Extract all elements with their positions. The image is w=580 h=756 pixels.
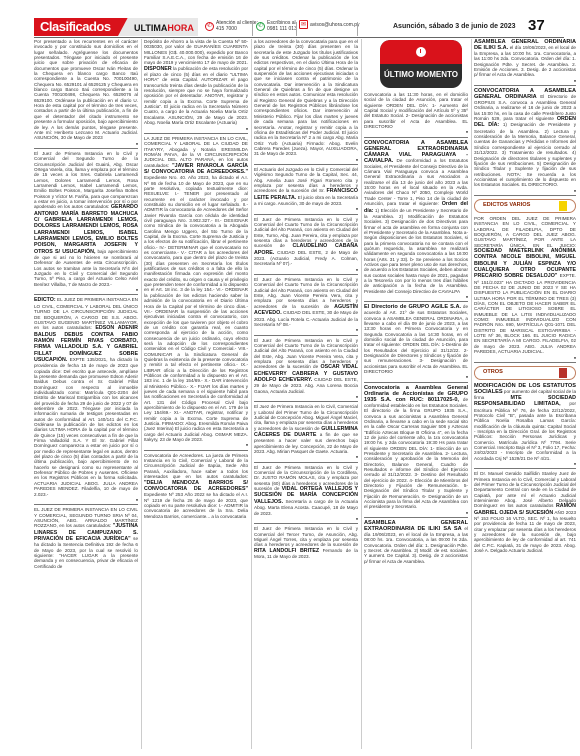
dateline: Asunción, sábado 3 de junio de 2023 (393, 23, 516, 30)
notice-end: ■ (144, 443, 248, 450)
clock-icon (416, 47, 426, 57)
notice-end: ■ (474, 462, 576, 469)
notice-end: ■ (364, 295, 468, 302)
notice-end: ■ (474, 356, 576, 363)
newspaper-logo: ULTIMAHORA (118, 18, 198, 36)
envelope-icon: ✉ (299, 20, 308, 29)
email-address: avisos@uhora.com.py (310, 22, 360, 28)
header-rule (34, 37, 564, 38)
notice: MODIFICACIÓN DE LOS ESTATUTOS SOCIALES p… (474, 383, 576, 461)
notice: Depósito de Ahorro a la vista de la Cuen… (144, 39, 248, 126)
notice-text: 1) Designación de Presidente y Secretari… (474, 122, 576, 187)
notice-end: ■ (144, 127, 248, 134)
notice: El Juez de Primera Instancia en lo Civil… (254, 404, 358, 454)
notice: POR ORDEN DEL JUEZ DE PRIMERA INSTANCIA … (474, 216, 576, 355)
notice-text: a los acreedores de la convocataria para… (254, 39, 358, 156)
email-contact: ✉ avisos@uhora.com.py (299, 20, 360, 29)
column-2: Depósito de Ahorro a la vista de la Cuen… (144, 39, 248, 751)
notice-end: ■ (254, 158, 358, 165)
phone-contact: ✆ Atención al cliente:415 7000 (205, 20, 258, 32)
notice: El Directorio de GRUPO AGILE S.A. de acu… (364, 304, 468, 374)
notice-end: ■ (364, 130, 468, 137)
notice: El Dr. Manuel Geraldo Saifildin Stanley … (474, 471, 576, 553)
ultimo-momento-badge: ÚLTIMO MOMENTO (380, 40, 462, 88)
notice-text: bajo apercibimiento de que si así no lo … (34, 249, 138, 287)
section-label: EDICTOS VARIOS (483, 203, 530, 208)
notice-end: ■ (254, 328, 358, 335)
notice-text: De conformidad a los Estatutos Sociales,… (364, 158, 468, 206)
notice-title: Convocatoria a Asamblea General Ordinari… (364, 385, 468, 403)
notice: El Juez de Primera Instancia en lo Civil… (254, 465, 358, 516)
notice-text: Convocatoria de Acreedores. La jueza de … (144, 453, 248, 479)
notice-end: ■ (254, 268, 358, 275)
notice-text: AÑO 2023 Nº 153 FOLIO 16 VLTO, SEC. Nº 1… (474, 510, 576, 553)
notice-title: DISPONER (144, 66, 172, 72)
notice-end: ■ (474, 189, 576, 196)
notice-end: ■ (254, 455, 358, 462)
notice-title: "DELIA MENDOZA BARRIOS S/ CONVOCATORIA D… (144, 480, 248, 492)
notice-text: Expediente Nro. 40. Año 2023, ha dictado… (144, 175, 248, 442)
notice-end: ■ (364, 511, 468, 518)
notice-title: RITA LANDOLFI BRITEZ (254, 548, 319, 554)
badge-top (380, 40, 462, 64)
notice-text: El Juez de Primera Instancia en lo Civil… (254, 526, 358, 547)
notice-text: de conformidad establecido en los Estatu… (364, 397, 468, 510)
notice: a los acreedores de la convocataria para… (254, 39, 358, 157)
notice-text: Depósito de Ahorro a la vista de la Cuen… (144, 39, 248, 65)
divider (357, 22, 358, 36)
column-divider (251, 39, 252, 749)
section-otros: OTROS (474, 366, 576, 380)
section-edictos-varios: EDICTOS VARIOS (474, 199, 576, 213)
document-icon (559, 201, 567, 211)
notice-end: ■ (474, 79, 576, 86)
notice-text: Expediente Nº 253 Año 2022 se ha dictado… (144, 492, 248, 518)
notice: El Juez de Primera Instancia en lo Civil… (254, 217, 358, 267)
logo-part2: HORA (167, 23, 194, 33)
column-divider (141, 39, 142, 749)
notice: El Actuario del Juzgado en lo Civil y Co… (254, 167, 358, 206)
notice: Convocatoria a Asamblea General Ordinari… (364, 385, 468, 510)
column-3: a los acreedores de la convocataria para… (254, 39, 358, 751)
notice-text: el día 19/06/2023, en el local de la Emp… (364, 526, 468, 564)
notice-text: Convocatoria a las 11:30 horas, en el do… (364, 92, 468, 129)
notice: Por presentado a los recurrentes en el c… (34, 39, 138, 141)
notice: CONVOCATORIA A ASAMBLEA GENERAL EXTRAORD… (364, 140, 468, 294)
notice-text: 1) Elección de un Presidente y Secretari… (364, 208, 468, 294)
notice: El Juez de Primera Instancia en lo Civil… (254, 277, 358, 327)
notice-text: de acuerdo al Art. 21º de sus Estatutos … (364, 304, 468, 374)
section-banner: Clasificados (34, 18, 134, 36)
notice-text: la publicación de esta resolución por el… (144, 66, 248, 125)
notice: CONVOCATORIA A ASAMBLEA GENERAL ORDINARI… (474, 88, 576, 188)
notice-text: EXPTE. Nº 151/2.023" HA DICTADO LA PROVI… (474, 273, 576, 354)
column-6: ASAMBLEA GENERAL ORDINARIA DE ILIKI S.A.… (474, 39, 576, 751)
whatsapp-icon: ✆ (256, 22, 265, 31)
notice-title: ASAMBLEA GENERAL EXTRAORDINARIA DE ILIKI… (364, 520, 468, 532)
notice: Convocatoria de Acreedores. La jueza de … (144, 453, 248, 519)
notice-title: GERARDO ANTONIO MARÍA BARRETO MACHUCA C/… (34, 204, 138, 254)
notice-end: ■ (254, 207, 358, 214)
notice: El Juez de Primera Instancia en lo Civil… (254, 526, 358, 559)
badge-label: ÚLTIMO MOMENTO (380, 64, 462, 86)
notice-end: ■ (254, 517, 358, 524)
notice-text: POR ORDEN DEL JUEZ DE PRIMERA INSTANCIA … (474, 216, 576, 248)
notice: EDICTO: EL JUEZ DE PRIMERA INSTANCIA EN … (34, 297, 138, 496)
section-label: OTROS (483, 370, 503, 375)
column-5: Convocatoria a las 11:30 horas, en el do… (364, 92, 468, 750)
notice-end: ■ (34, 288, 138, 295)
divider (296, 22, 297, 36)
box-icon (559, 368, 567, 378)
column-divider (471, 39, 472, 749)
section-title: Clasificados (34, 19, 111, 34)
notice: Convocatoria a las 11:30 horas, en el do… (364, 92, 468, 129)
whatsapp-contact: ✆ Escríbinos al0981 111 013 (256, 20, 297, 32)
notice-end: ■ (364, 375, 468, 382)
notice-text: Por presentado a los recurrentes en el c… (34, 39, 138, 140)
notice-text: El Juez de Primera Instancia en lo Civil… (34, 151, 138, 209)
notice-title: MTE SOCIEDAD RESPONSABILIDAD LIMITADA, (474, 395, 576, 407)
whatsapp-number: 0981 111 013 (267, 26, 297, 32)
notice-end: ■ (34, 498, 138, 505)
notice-text: EXPTE 135/2021, ha dictado la providenci… (34, 357, 138, 497)
phone-icon: ✆ (205, 22, 214, 31)
notice-end: ■ (34, 142, 138, 149)
column-divider (361, 39, 362, 749)
notice: ASAMBLEA GENERAL ORDINARIA DE ILIKI S.A.… (474, 39, 576, 78)
notice-title: EDICTO: (34, 297, 56, 303)
notice: EL JUEZ DE PRIMERA INSTANCIA EN LO CIVIL… (34, 507, 138, 569)
column-1: Por presentado a los recurrentes en el c… (34, 39, 138, 751)
divider (252, 22, 253, 36)
notice-text: por Escritura Pública Nº 76, de fecha 22… (474, 401, 576, 460)
page-header: Clasificados ULTIMAHORA ✆ Atención al cl… (0, 14, 580, 36)
page-number: 37 (528, 17, 545, 34)
notice: El Juez de Primera Instancia en lo Civil… (34, 151, 138, 287)
notice: ASAMBLEA GENERAL EXTRAORDINARIA DE ILIKI… (364, 520, 468, 564)
logo-part1: ULTIMA (134, 23, 167, 33)
notice: LA JUEZ DE PRIMERA INSTANCIA EN LO CIVIL… (144, 136, 248, 443)
notice-end: ■ (254, 395, 358, 402)
notice: El Juez de Primera Instancia en lo Civil… (254, 338, 358, 394)
